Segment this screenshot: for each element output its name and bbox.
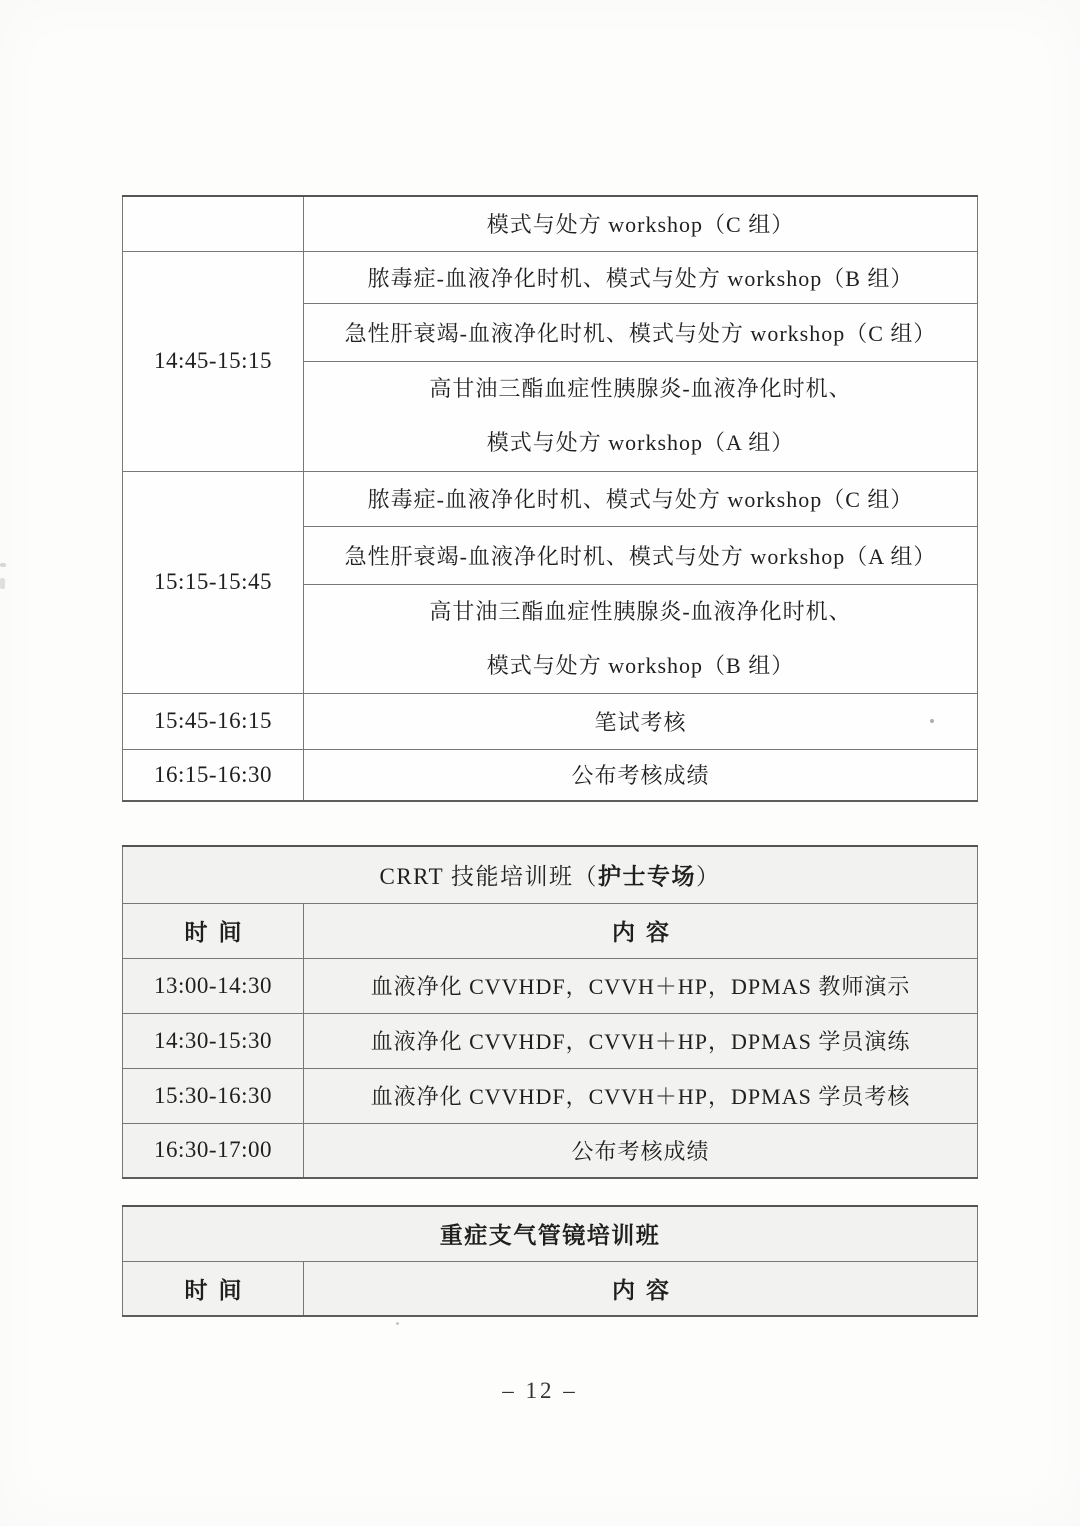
table-row: 15:15-15:45 脓毒症-血液净化时机、模式与处方 workshop（C … <box>123 471 978 526</box>
table-row: 16:30-17:00 公布考核成绩 <box>123 1123 978 1178</box>
time-cell: 15:30-16:30 <box>123 1068 304 1123</box>
table-title: CRRT 技能培训班（护士专场） <box>123 846 978 903</box>
content-cell: 急性肝衰竭-血液净化时机、模式与处方 workshop（A 组） <box>304 526 978 584</box>
scan-artifact-dot <box>396 1322 399 1325</box>
table-row: 14:45-15:15 脓毒症-血液净化时机、模式与处方 workshop（B … <box>123 251 978 303</box>
content-cell: 公布考核成绩 <box>304 1123 978 1178</box>
time-cell: 14:30-15:30 <box>123 1013 304 1068</box>
bronchoscopy-training-table: 重症支气管镜培训班 时间 内容 <box>122 1205 978 1317</box>
header-row: 时间 内容 <box>123 903 978 958</box>
content-cell: 血液净化 CVVHDF，CVVH＋HP，DPMAS 教师演示 <box>304 958 978 1013</box>
content-line-2: 模式与处方 workshop（B 组） <box>304 639 977 693</box>
content-cell: 血液净化 CVVHDF，CVVH＋HP，DPMAS 学员考核 <box>304 1068 978 1123</box>
content-line-1: 高甘油三酯血症性胰腺炎-血液净化时机、 <box>304 362 977 416</box>
time-cell: 15:15-15:45 <box>123 471 304 693</box>
content-cell: 脓毒症-血液净化时机、模式与处方 workshop（C 组） <box>304 471 978 526</box>
content-cell: 模式与处方 workshop（C 组） <box>304 196 978 251</box>
table-row: 14:30-15:30 血液净化 CVVHDF，CVVH＋HP，DPMAS 学员… <box>123 1013 978 1068</box>
content-cell: 脓毒症-血液净化时机、模式与处方 workshop（B 组） <box>304 251 978 303</box>
content-cell-two-line: 高甘油三酯血症性胰腺炎-血液净化时机、 模式与处方 workshop（B 组） <box>304 584 978 693</box>
content-cell: 公布考核成绩 <box>304 749 978 801</box>
table-title: 重症支气管镜培训班 <box>123 1206 978 1261</box>
page-number: – 12 – <box>0 1378 1080 1404</box>
title-bold-part: 护士专场 <box>598 864 696 889</box>
table-row: 13:00-14:30 血液净化 CVVHDF，CVVH＋HP，DPMAS 教师… <box>123 958 978 1013</box>
content-line-2: 模式与处方 workshop（A 组） <box>304 416 977 470</box>
content-line-1: 高甘油三酯血症性胰腺炎-血液净化时机、 <box>304 585 977 639</box>
scan-artifact-dot <box>930 719 934 723</box>
time-cell: 16:15-16:30 <box>123 749 304 801</box>
time-cell: 15:45-16:15 <box>123 693 304 749</box>
column-header-content: 内容 <box>304 1261 978 1316</box>
scan-artifact-speck <box>0 563 6 567</box>
content-cell: 急性肝衰竭-血液净化时机、模式与处方 workshop（C 组） <box>304 303 978 361</box>
header-row: 时间 内容 <box>123 1261 978 1316</box>
column-header-content: 内容 <box>304 903 978 958</box>
title-suffix: ） <box>696 864 721 889</box>
table-row: 16:15-16:30 公布考核成绩 <box>123 749 978 801</box>
content-cell: 血液净化 CVVHDF，CVVH＋HP，DPMAS 学员演练 <box>304 1013 978 1068</box>
content-cell-two-line: 高甘油三酯血症性胰腺炎-血液净化时机、 模式与处方 workshop（A 组） <box>304 361 978 471</box>
time-cell: 16:30-17:00 <box>123 1123 304 1178</box>
workshop-schedule-table: 模式与处方 workshop（C 组） 14:45-15:15 脓毒症-血液净化… <box>122 195 978 802</box>
column-header-time: 时间 <box>123 1261 304 1316</box>
table-title-row: 重症支气管镜培训班 <box>123 1206 978 1261</box>
time-cell: 14:45-15:15 <box>123 251 304 471</box>
content-cell: 笔试考核 <box>304 693 978 749</box>
table-row: 15:45-16:15 笔试考核 <box>123 693 978 749</box>
column-header-time: 时间 <box>123 903 304 958</box>
title-prefix: CRRT 技能培训班（ <box>379 864 598 889</box>
table-title-row: CRRT 技能培训班（护士专场） <box>123 846 978 903</box>
time-cell: 13:00-14:30 <box>123 958 304 1013</box>
crrt-nurse-training-table: CRRT 技能培训班（护士专场） 时间 内容 13:00-14:30 血液净化 … <box>122 845 978 1179</box>
scanned-document-page: 模式与处方 workshop（C 组） 14:45-15:15 脓毒症-血液净化… <box>0 0 1080 1526</box>
table-row: 模式与处方 workshop（C 组） <box>123 196 978 251</box>
scan-artifact-speck <box>0 578 5 589</box>
table-row: 15:30-16:30 血液净化 CVVHDF，CVVH＋HP，DPMAS 学员… <box>123 1068 978 1123</box>
time-cell-empty <box>123 196 304 251</box>
